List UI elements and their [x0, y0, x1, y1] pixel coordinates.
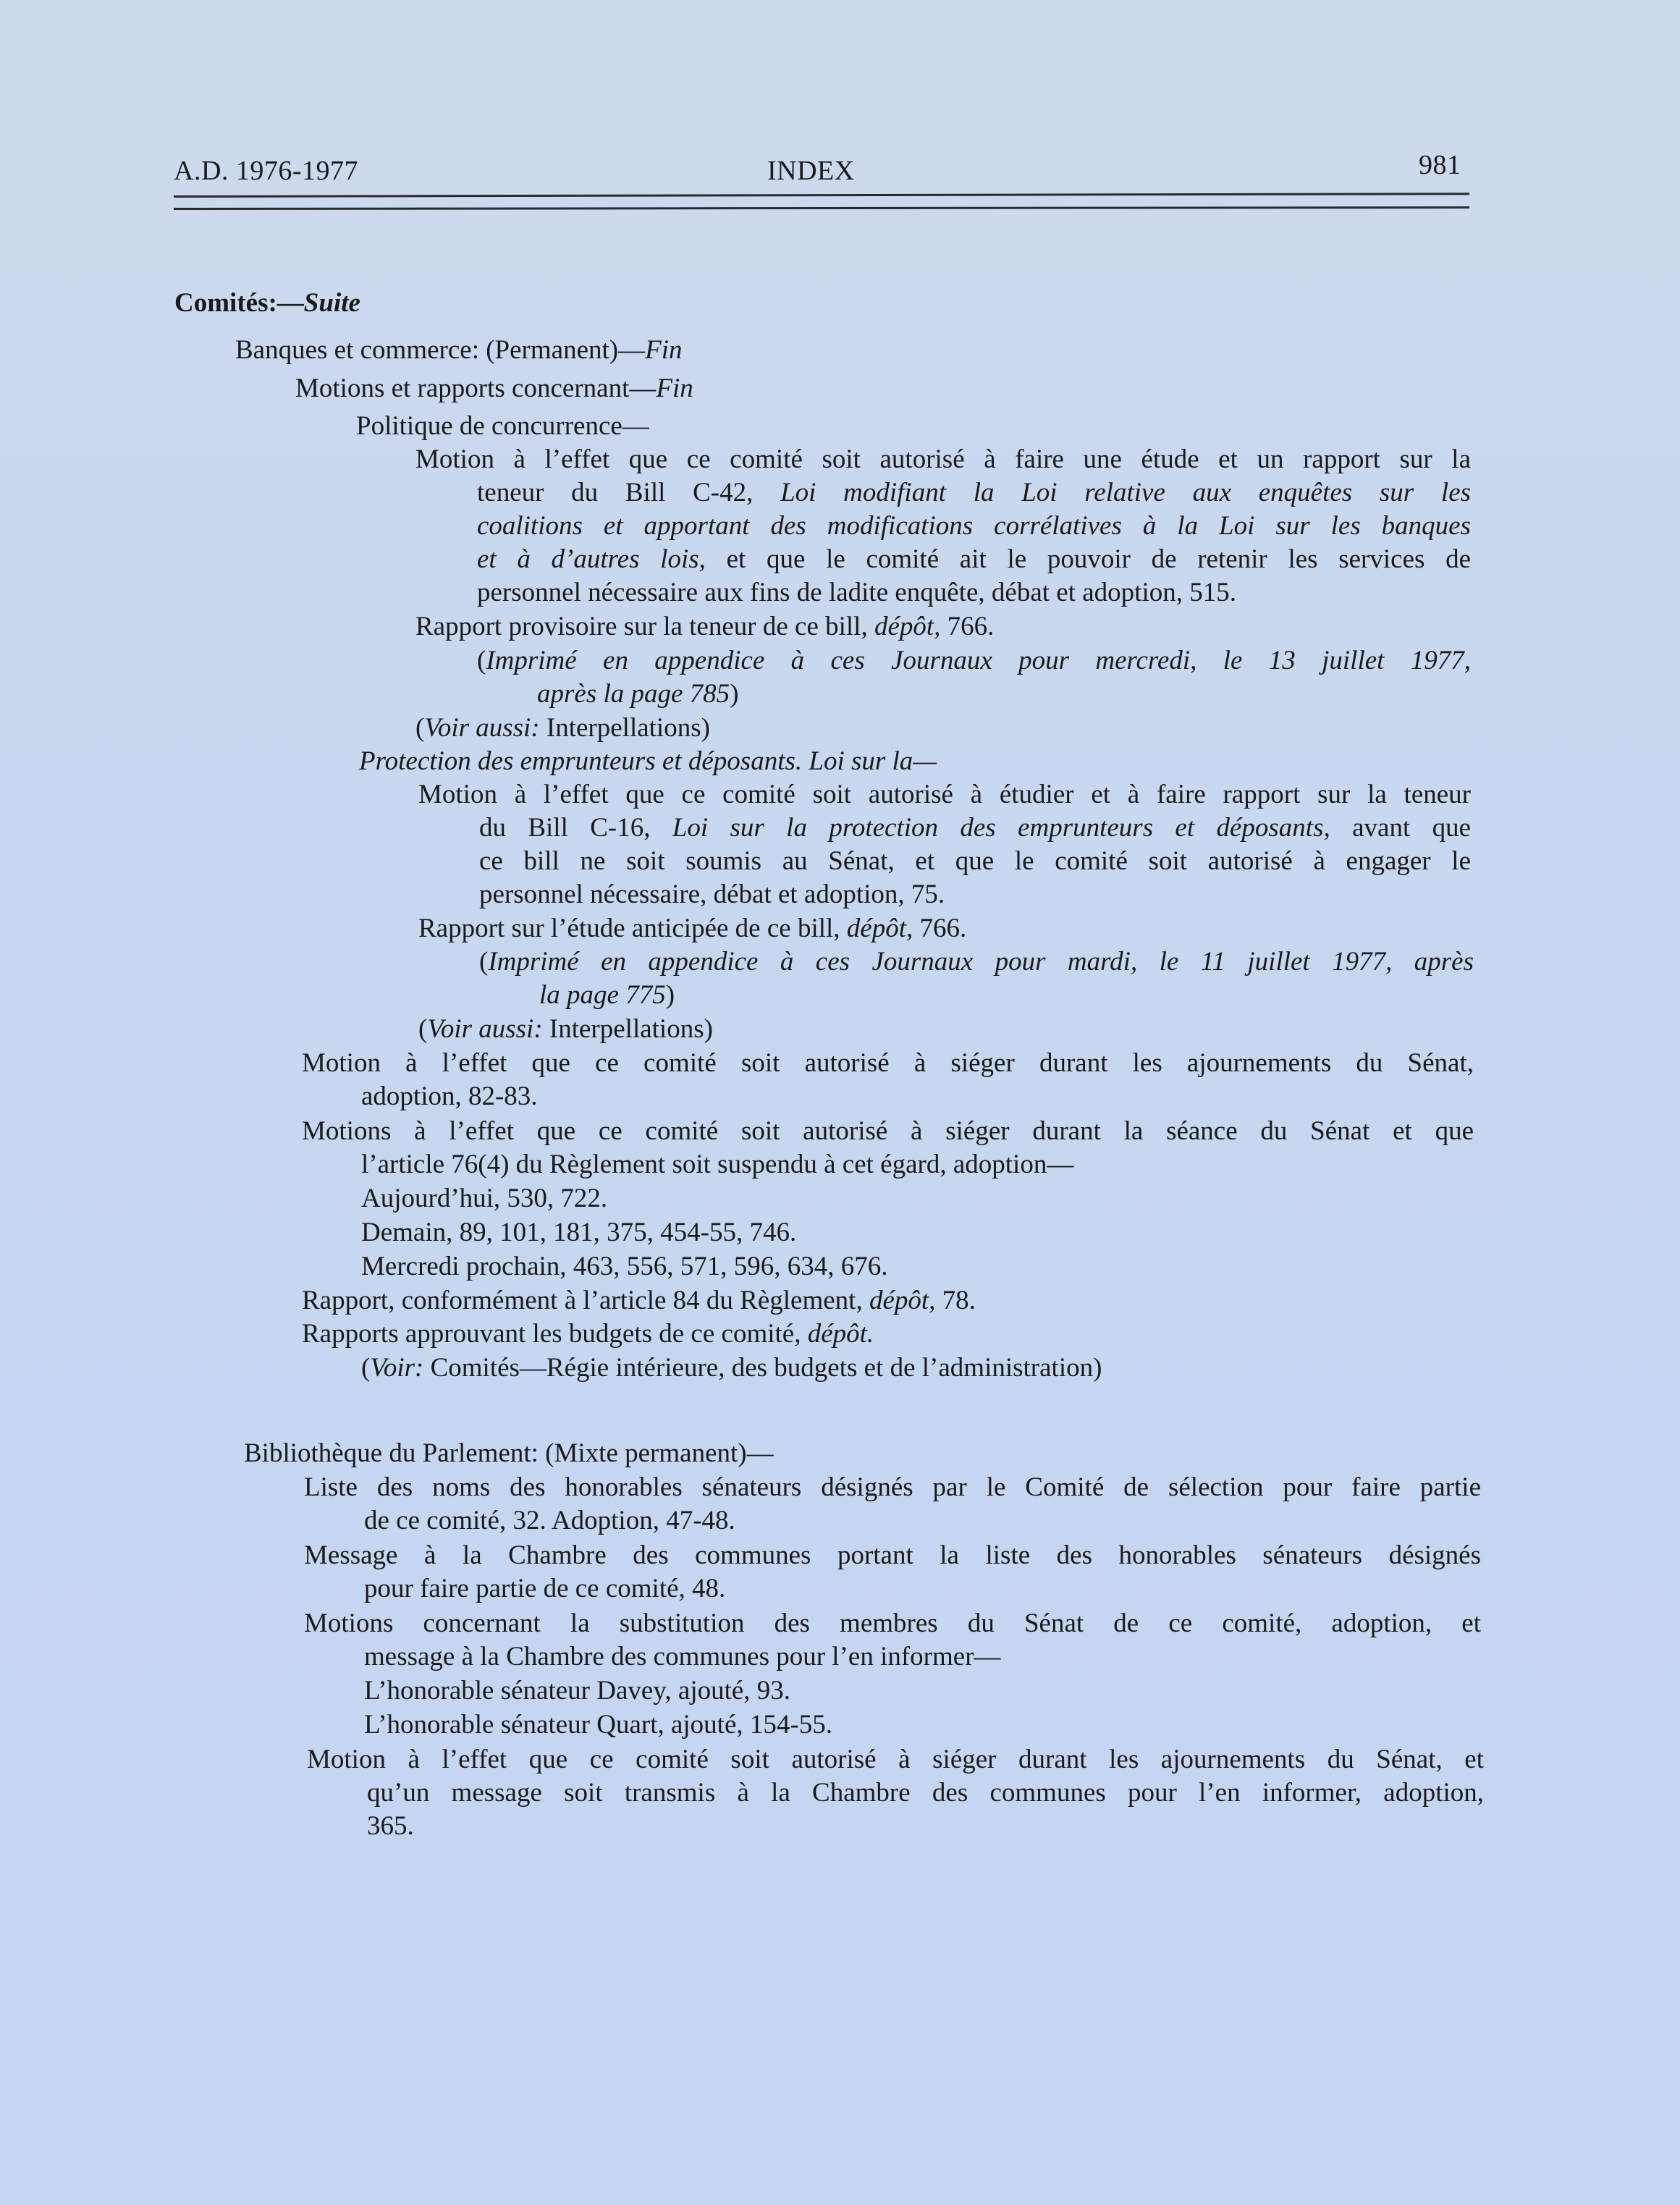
- index-line: L’honorable sénateur Davey, ajouté, 93.: [364, 1674, 790, 1708]
- header-title: INDEX: [767, 155, 855, 187]
- index-line: Motions concernant la substitution des m…: [304, 1607, 1481, 1640]
- index-text: dépôt,: [869, 1286, 935, 1315]
- index-text: la page 775: [539, 980, 666, 1010]
- index-text: Comités—Régie intérieure, des budgets et…: [423, 1353, 1102, 1383]
- index-text: 365.: [367, 1811, 414, 1841]
- index-text: Imprimé en appendice à ces Journaux pour…: [486, 646, 1471, 675]
- index-text: 766.: [913, 914, 966, 943]
- index-line: Politique de concurrence—: [356, 410, 649, 443]
- index-line: Motions et rapports concernant—Fin: [295, 372, 693, 405]
- index-text: dépôt,: [847, 914, 913, 943]
- index-text: Mercredi prochain, 463, 556, 571, 596, 6…: [361, 1252, 888, 1281]
- index-text: Fin: [656, 374, 693, 403]
- index-text: Rapport, conformément à l’article 84 du …: [302, 1286, 869, 1315]
- index-text: Message à la Chambre des communes portan…: [304, 1540, 1481, 1570]
- index-text: 78.: [935, 1286, 976, 1315]
- index-line: Motion à l’effet que ce comité soit auto…: [302, 1047, 1474, 1080]
- index-line: (Voir aussi: Interpellations): [415, 712, 710, 745]
- index-text: Interpellations): [540, 713, 710, 743]
- index-text: (: [479, 947, 488, 977]
- index-line: pour faire partie de ce comité, 48.: [364, 1572, 725, 1606]
- index-line: du Bill C-16, Loi sur la protection des …: [479, 811, 1471, 845]
- index-line: (Voir aussi: Interpellations): [418, 1013, 713, 1046]
- index-text: Motion à l’effet que ce comité soit auto…: [302, 1048, 1474, 1078]
- index-line: personnel nécessaire, débat et adoption,…: [479, 878, 945, 911]
- index-line: Demain, 89, 101, 181, 375, 454-55, 746.: [361, 1216, 796, 1249]
- index-text: Motion à l’effet que ce comité soit auto…: [418, 780, 1471, 809]
- index-text: pour faire partie de ce comité, 48.: [364, 1574, 725, 1603]
- index-text: Fin: [645, 335, 682, 365]
- index-text: dépôt,: [874, 612, 940, 641]
- index-text: et que le comité ait le pouvoir de reten…: [706, 544, 1471, 574]
- index-text: ): [730, 679, 738, 709]
- index-text: Demain, 89, 101, 181, 375, 454-55, 746.: [361, 1218, 796, 1247]
- page-background: [0, 0, 1680, 2205]
- index-text: l’article 76(4) du Règlement soit suspen…: [361, 1150, 1073, 1179]
- index-text: ce bill ne soit soumis au Sénat, et que …: [479, 846, 1471, 876]
- index-text: Motion à l’effet que ce comité soit auto…: [415, 444, 1471, 474]
- index-line: Liste des noms des honorables sénateurs …: [304, 1471, 1481, 1504]
- index-text: Motions concernant la substitution des m…: [304, 1609, 1481, 1638]
- index-text: du Bill C-16,: [479, 813, 672, 843]
- index-text: (: [477, 646, 486, 675]
- index-text: Comités:—: [174, 288, 304, 318]
- index-line: adoption, 82-83.: [361, 1080, 538, 1113]
- index-text: Interpellations): [543, 1014, 713, 1044]
- index-text: après la page 785: [537, 679, 730, 709]
- index-line: Motion à l’effet que ce comité soit auto…: [418, 778, 1471, 811]
- index-line: (Voir: Comités—Régie intérieure, des bud…: [361, 1352, 1102, 1385]
- index-line: coalitions et apportant des modification…: [477, 510, 1471, 543]
- index-text: qu’un message soit transmis à la Chambre…: [367, 1778, 1484, 1808]
- index-text: Liste des noms des honorables sénateurs …: [304, 1472, 1481, 1502]
- index-text: Rapport provisoire sur la teneur de ce b…: [415, 612, 874, 641]
- index-text: Voir aussi:: [424, 713, 539, 743]
- index-text: (: [361, 1353, 370, 1383]
- index-text: Loi modifiant la Loi relative aux enquêt…: [780, 478, 1471, 507]
- index-line: de ce comité, 32. Adoption, 47-48.: [364, 1504, 735, 1538]
- index-text: Voir aussi:: [427, 1014, 542, 1044]
- index-text: adoption, 82-83.: [361, 1082, 538, 1111]
- index-text: Loi sur la protection des emprunteurs et…: [672, 813, 1330, 843]
- index-line: message à la Chambre des communes pour l…: [364, 1640, 1001, 1674]
- index-line: Message à la Chambre des communes portan…: [304, 1539, 1481, 1572]
- index-text: Motions à l’effet que ce comité soit aut…: [302, 1116, 1474, 1146]
- index-line: Rapport sur l’étude anticipée de ce bill…: [418, 912, 966, 945]
- index-line: (Imprimé en appendice à ces Journaux pou…: [479, 945, 1474, 979]
- index-text: Rapports approuvant les budgets de ce co…: [302, 1319, 808, 1349]
- index-line: ce bill ne soit soumis au Sénat, et que …: [479, 845, 1471, 878]
- index-line: l’article 76(4) du Règlement soit suspen…: [361, 1148, 1073, 1181]
- index-line: Motion à l’effet que ce comité soit auto…: [307, 1743, 1484, 1776]
- index-line: Banques et commerce: (Permanent)—Fin: [235, 334, 682, 367]
- page-number: 981: [1419, 149, 1461, 181]
- index-text: ): [666, 980, 675, 1010]
- index-text: 766.: [940, 612, 994, 641]
- index-text: Aujourd’hui, 530, 722.: [361, 1184, 607, 1213]
- index-line: Bibliothèque du Parlement: (Mixte perman…: [244, 1437, 774, 1470]
- index-text: coalitions et apportant des modification…: [477, 511, 1471, 541]
- index-line: L’honorable sénateur Quart, ajouté, 154-…: [364, 1708, 832, 1742]
- index-text: Banques et commerce: (Permanent)—: [235, 335, 645, 365]
- index-line: 365.: [367, 1810, 414, 1843]
- index-text: Bibliothèque du Parlement: (Mixte perman…: [244, 1438, 774, 1468]
- index-line: Rapport provisoire sur la teneur de ce b…: [415, 610, 994, 644]
- index-text: (: [415, 713, 424, 743]
- header-year-range: A.D. 1976-1977: [174, 155, 358, 187]
- index-line: (Imprimé en appendice à ces Journaux pou…: [477, 644, 1471, 678]
- index-line: Protection des emprunteurs et déposants.…: [359, 745, 937, 778]
- index-text: Imprimé en appendice à ces Journaux pour…: [488, 947, 1474, 977]
- index-line: qu’un message soit transmis à la Chambre…: [367, 1776, 1484, 1810]
- index-text: personnel nécessaire aux fins de ladite …: [477, 578, 1236, 607]
- index-text: et à d’autres lois,: [477, 544, 706, 574]
- index-text: Rapport sur l’étude anticipée de ce bill…: [418, 914, 847, 943]
- index-line: la page 775): [539, 979, 675, 1012]
- index-text: Protection des emprunteurs et déposants.…: [359, 746, 937, 776]
- index-line: Rapports approuvant les budgets de ce co…: [302, 1317, 874, 1351]
- index-line: et à d’autres lois, et que le comité ait…: [477, 543, 1471, 576]
- index-line: Rapport, conformément à l’article 84 du …: [302, 1284, 976, 1317]
- index-text: avant que: [1330, 813, 1471, 843]
- index-text: de ce comité, 32. Adoption, 47-48.: [364, 1506, 735, 1535]
- index-text: (: [418, 1014, 427, 1044]
- index-line: Motion à l’effet que ce comité soit auto…: [415, 443, 1471, 476]
- index-text: Politique de concurrence—: [356, 411, 649, 441]
- index-text: L’honorable sénateur Davey, ajouté, 93.: [364, 1676, 790, 1706]
- index-text: Motions et rapports concernant—: [295, 374, 656, 403]
- index-text: Suite: [304, 288, 360, 318]
- index-line: Aujourd’hui, 530, 722.: [361, 1182, 607, 1215]
- index-text: personnel nécessaire, débat et adoption,…: [479, 880, 945, 909]
- index-line: Motions à l’effet que ce comité soit aut…: [302, 1115, 1474, 1148]
- index-line: après la page 785): [537, 678, 739, 711]
- index-text: L’honorable sénateur Quart, ajouté, 154-…: [364, 1710, 832, 1740]
- index-text: Voir:: [370, 1353, 423, 1383]
- index-text: message à la Chambre des communes pour l…: [364, 1642, 1001, 1671]
- index-line: personnel nécessaire aux fins de ladite …: [477, 576, 1236, 610]
- index-line: Mercredi prochain, 463, 556, 571, 596, 6…: [361, 1250, 888, 1283]
- index-line: Comités:—Suite: [174, 287, 360, 320]
- index-line: teneur du Bill C-42, Loi modifiant la Lo…: [477, 476, 1471, 510]
- index-text: Motion à l’effet que ce comité soit auto…: [307, 1745, 1484, 1774]
- index-text: dépôt.: [808, 1319, 874, 1349]
- index-text: teneur du Bill C-42,: [477, 478, 780, 507]
